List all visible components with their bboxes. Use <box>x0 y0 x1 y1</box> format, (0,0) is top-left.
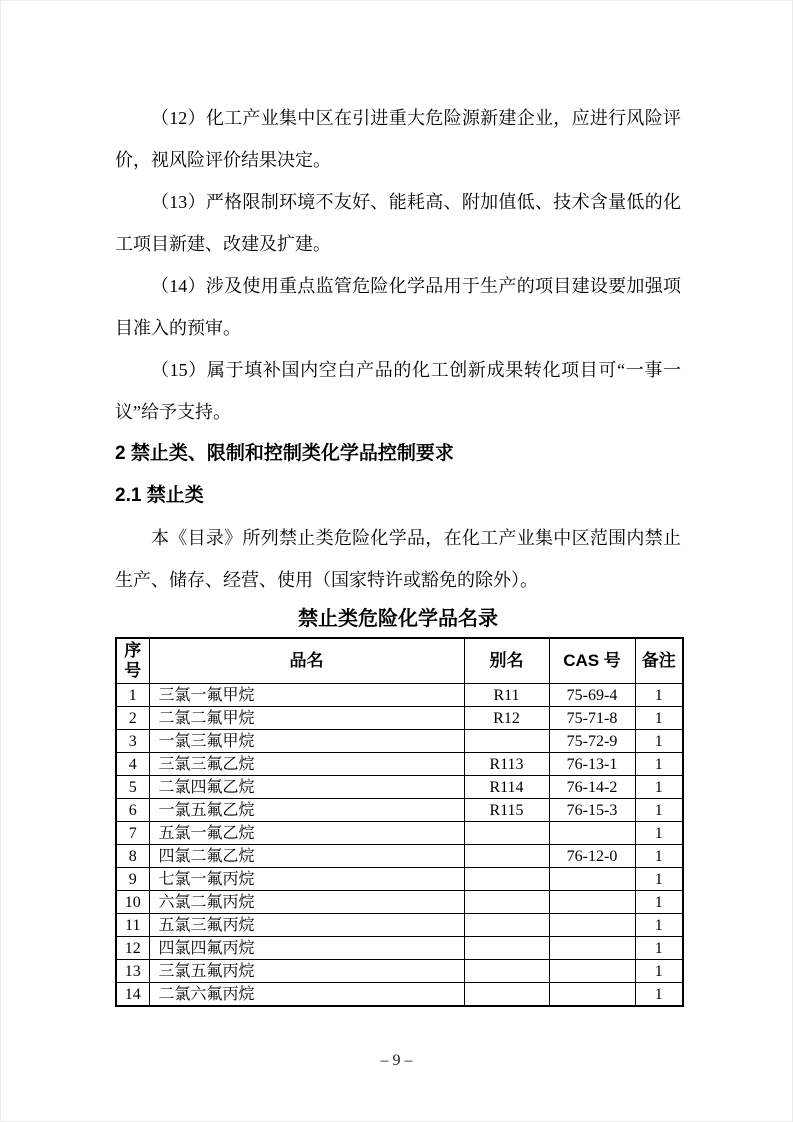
cell-alias <box>464 891 549 914</box>
header-alias: 别名 <box>464 638 549 684</box>
cell-alias: R113 <box>464 753 549 776</box>
cell-alias <box>464 983 549 1007</box>
cell-cas-number <box>549 960 635 983</box>
table-row: 8四氯二氟乙烷76-12-01 <box>116 845 683 868</box>
cell-product-name: 二氯四氟乙烷 <box>149 776 464 799</box>
cell-cas-number <box>549 914 635 937</box>
cell-cas-number <box>549 868 635 891</box>
cell-serial-number: 5 <box>116 776 149 799</box>
paragraph-13: （13）严格限制环境不友好、能耗高、附加值低、技术含量低的化工项目新建、改建及扩… <box>115 181 681 265</box>
cell-product-name: 三氯一氟甲烷 <box>149 684 464 707</box>
cell-remark: 1 <box>635 983 683 1007</box>
cell-cas-number <box>549 891 635 914</box>
cell-product-name: 三氯五氟丙烷 <box>149 960 464 983</box>
table-row: 9七氯一氟丙烷1 <box>116 868 683 891</box>
cell-serial-number: 6 <box>116 799 149 822</box>
cell-serial-number: 11 <box>116 914 149 937</box>
cell-remark: 1 <box>635 822 683 845</box>
cell-serial-number: 2 <box>116 707 149 730</box>
cell-product-name: 五氯一氟乙烷 <box>149 822 464 845</box>
table-row: 14二氯六氟丙烷1 <box>116 983 683 1007</box>
document-page: （12）化工产业集中区在引进重大危险源新建企业，应进行风险评价，视风险评价结果决… <box>0 0 793 1122</box>
cell-alias <box>464 960 549 983</box>
page-number: – 9 – <box>1 1051 792 1071</box>
cell-product-name: 二氯六氟丙烷 <box>149 983 464 1007</box>
cell-cas-number: 75-72-9 <box>549 730 635 753</box>
cell-serial-number: 10 <box>116 891 149 914</box>
table-row: 13三氯五氟丙烷1 <box>116 960 683 983</box>
cell-remark: 1 <box>635 799 683 822</box>
table-row: 3一氯三氟甲烷75-72-91 <box>116 730 683 753</box>
prohibited-chemicals-table: 序号 品名 别名 CAS 号 备注 1三氯一氟甲烷R1175-69-412二氯二… <box>115 637 684 1007</box>
cell-product-name: 五氯三氟丙烷 <box>149 914 464 937</box>
header-cas-number: CAS 号 <box>549 638 635 684</box>
cell-serial-number: 1 <box>116 684 149 707</box>
cell-cas-number <box>549 983 635 1007</box>
cell-serial-number: 8 <box>116 845 149 868</box>
cell-product-name: 六氯二氟丙烷 <box>149 891 464 914</box>
table-row: 7五氯一氟乙烷1 <box>116 822 683 845</box>
cell-alias: R12 <box>464 707 549 730</box>
cell-remark: 1 <box>635 937 683 960</box>
cell-alias: R115 <box>464 799 549 822</box>
cell-serial-number: 7 <box>116 822 149 845</box>
paragraph-15: （15）属于填补国内空白产品的化工创新成果转化项目可“一事一议”给予支持。 <box>115 349 681 433</box>
cell-product-name: 一氯五氟乙烷 <box>149 799 464 822</box>
page-content: （12）化工产业集中区在引进重大危险源新建企业，应进行风险评价，视风险评价结果决… <box>115 97 681 1007</box>
cell-product-name: 四氯四氟丙烷 <box>149 937 464 960</box>
cell-alias <box>464 868 549 891</box>
header-product-name: 品名 <box>149 638 464 684</box>
table-row: 11五氯三氟丙烷1 <box>116 914 683 937</box>
cell-remark: 1 <box>635 776 683 799</box>
cell-remark: 1 <box>635 914 683 937</box>
section-heading: 2 禁止类、限制和控制类化学品控制要求 <box>115 433 681 475</box>
cell-alias <box>464 937 549 960</box>
cell-serial-number: 12 <box>116 937 149 960</box>
cell-alias <box>464 822 549 845</box>
cell-cas-number: 76-12-0 <box>549 845 635 868</box>
paragraph-12: （12）化工产业集中区在引进重大危险源新建企业，应进行风险评价，视风险评价结果决… <box>115 97 681 181</box>
cell-cas-number: 75-69-4 <box>549 684 635 707</box>
table-row: 1三氯一氟甲烷R1175-69-41 <box>116 684 683 707</box>
cell-alias: R11 <box>464 684 549 707</box>
cell-cas-number: 75-71-8 <box>549 707 635 730</box>
cell-alias <box>464 730 549 753</box>
cell-alias: R114 <box>464 776 549 799</box>
cell-cas-number: 76-13-1 <box>549 753 635 776</box>
cell-product-name: 七氯一氟丙烷 <box>149 868 464 891</box>
cell-cas-number <box>549 937 635 960</box>
intro-paragraph: 本《目录》所列禁止类危险化学品，在化工产业集中区范围内禁止生产、储存、经营、使用… <box>115 517 681 601</box>
cell-product-name: 四氯二氟乙烷 <box>149 845 464 868</box>
cell-remark: 1 <box>635 868 683 891</box>
paragraph-14: （14）涉及使用重点监管危险化学品用于生产的项目建设要加强项目准入的预审。 <box>115 265 681 349</box>
header-remark: 备注 <box>635 638 683 684</box>
cell-remark: 1 <box>635 707 683 730</box>
cell-serial-number: 14 <box>116 983 149 1007</box>
cell-serial-number: 3 <box>116 730 149 753</box>
cell-remark: 1 <box>635 730 683 753</box>
cell-serial-number: 4 <box>116 753 149 776</box>
cell-remark: 1 <box>635 891 683 914</box>
table-row: 12四氯四氟丙烷1 <box>116 937 683 960</box>
subsection-heading: 2.1 禁止类 <box>115 475 681 517</box>
table-row: 10六氯二氟丙烷1 <box>116 891 683 914</box>
cell-product-name: 二氯二氟甲烷 <box>149 707 464 730</box>
cell-product-name: 三氯三氟乙烷 <box>149 753 464 776</box>
cell-alias <box>464 845 549 868</box>
cell-remark: 1 <box>635 684 683 707</box>
cell-cas-number <box>549 822 635 845</box>
cell-product-name: 一氯三氟甲烷 <box>149 730 464 753</box>
cell-remark: 1 <box>635 845 683 868</box>
table-header-row: 序号 品名 别名 CAS 号 备注 <box>116 638 683 684</box>
table-row: 4三氯三氟乙烷R11376-13-11 <box>116 753 683 776</box>
table-row: 2二氯二氟甲烷R1275-71-81 <box>116 707 683 730</box>
table-title: 禁止类危险化学品名录 <box>115 601 681 637</box>
table-row: 5二氯四氟乙烷R11476-14-21 <box>116 776 683 799</box>
cell-serial-number: 9 <box>116 868 149 891</box>
cell-serial-number: 13 <box>116 960 149 983</box>
cell-alias <box>464 914 549 937</box>
table-row: 6一氯五氟乙烷R11576-15-31 <box>116 799 683 822</box>
cell-remark: 1 <box>635 960 683 983</box>
cell-cas-number: 76-14-2 <box>549 776 635 799</box>
header-serial-number: 序号 <box>116 638 149 684</box>
cell-remark: 1 <box>635 753 683 776</box>
cell-cas-number: 76-15-3 <box>549 799 635 822</box>
